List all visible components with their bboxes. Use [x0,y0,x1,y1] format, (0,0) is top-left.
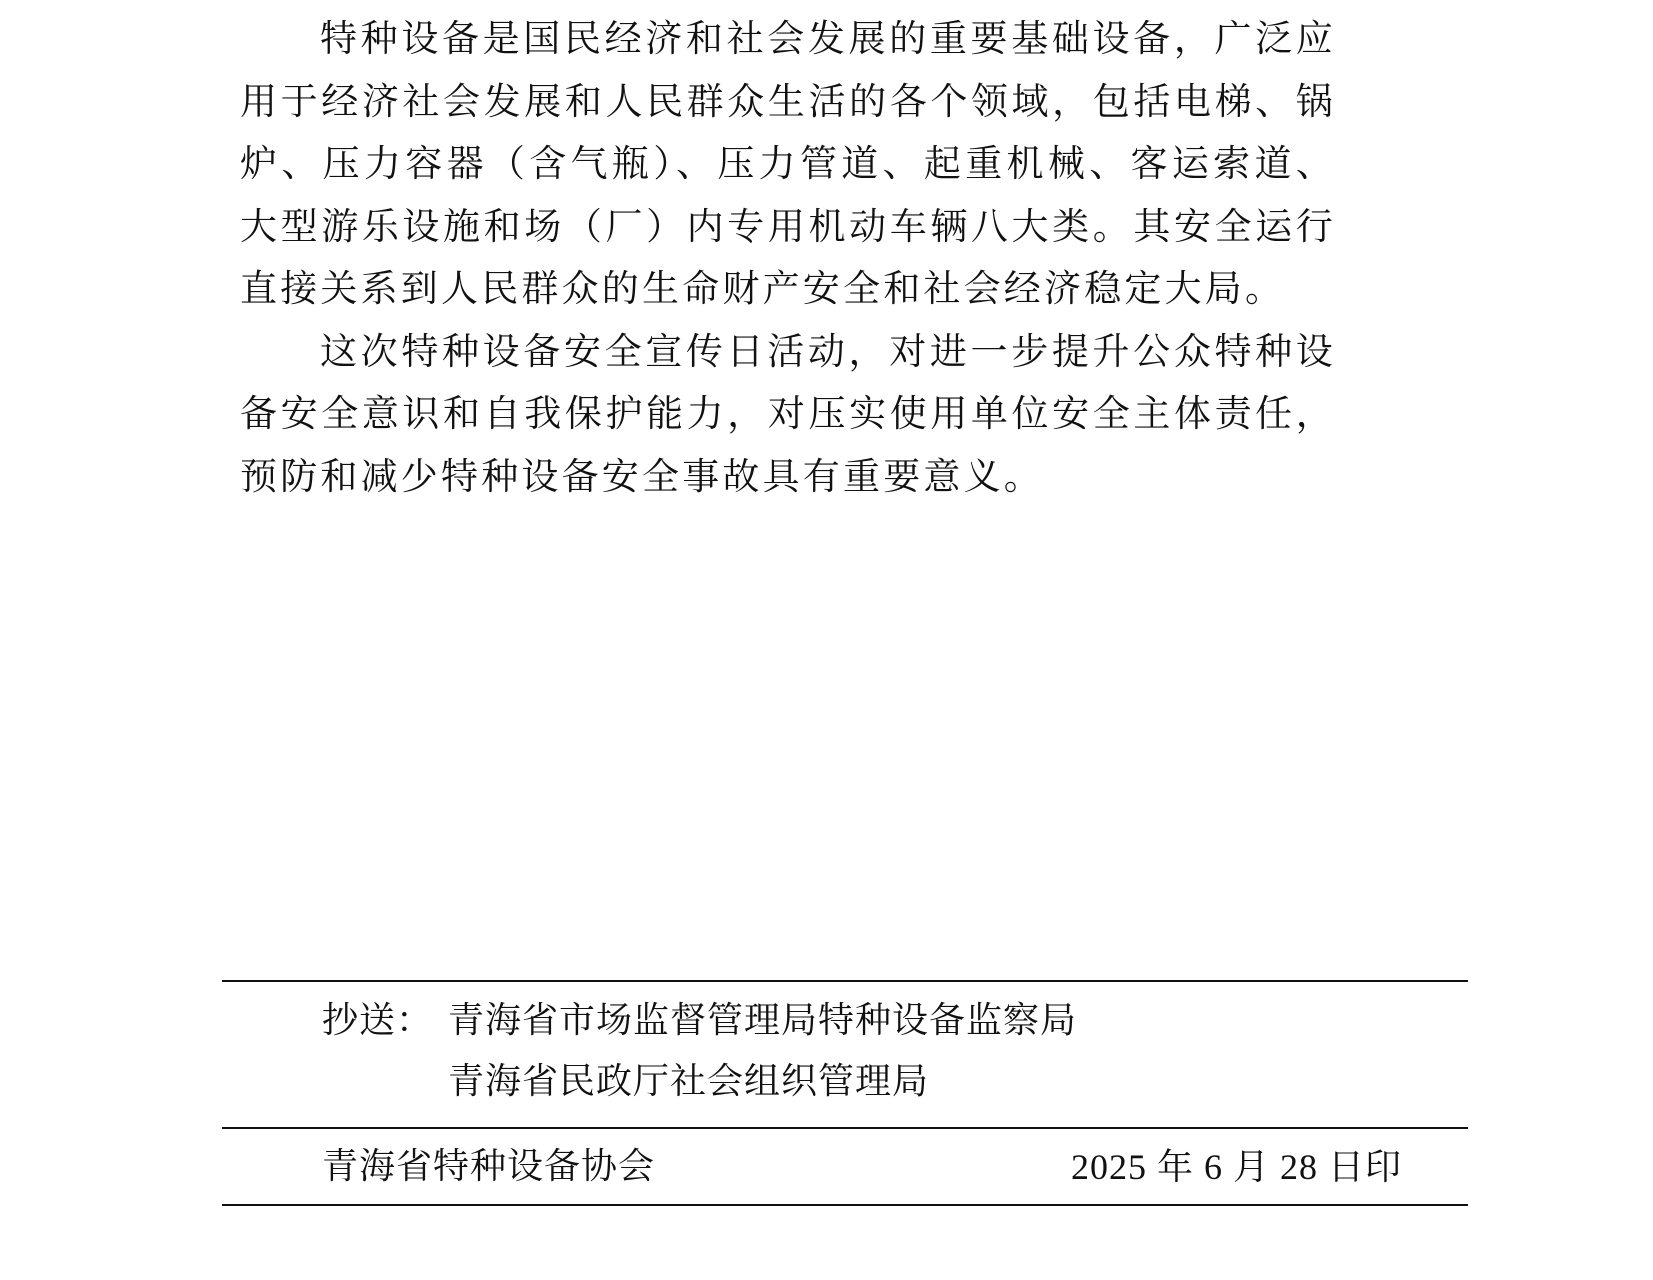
cc-recipient: 青海省市场监督管理局特种设备监察局 [448,990,1077,1051]
cc-row-2: 青海省民政厅社会组织管理局 [322,1051,1077,1112]
divider-top [222,980,1468,982]
cc-label: 抄送： [322,990,448,1051]
paragraph-special-equipment-overview: 特种设备是国民经济和社会发展的重要基础设备，广泛应用于经济社会发展和人民群众生活… [240,8,1336,321]
print-footer: 青海省特种设备协会 2025 年 6 月 28 日印 [322,1140,1402,1194]
issuer-name: 青海省特种设备协会 [322,1140,655,1194]
document-page: 特种设备是国民经济和社会发展的重要基础设备，广泛应用于经济社会发展和人民群众生活… [0,0,1653,1280]
cc-section: 抄送： 青海省市场监督管理局特种设备监察局 青海省民政厅社会组织管理局 [322,990,1077,1112]
divider-bottom [222,1204,1468,1206]
cc-row-1: 抄送： 青海省市场监督管理局特种设备监察局 [322,990,1077,1051]
document-body: 特种设备是国民经济和社会发展的重要基础设备，广泛应用于经济社会发展和人民群众生活… [240,8,1336,508]
paragraph-safety-day-significance: 这次特种设备安全宣传日活动，对进一步提升公众特种设备安全意识和自我保护能力，对压… [240,321,1336,509]
print-date: 2025 年 6 月 28 日印 [1071,1140,1402,1194]
cc-recipient: 青海省民政厅社会组织管理局 [448,1051,929,1112]
cc-label-spacer [322,1051,448,1112]
divider-middle [222,1127,1468,1129]
